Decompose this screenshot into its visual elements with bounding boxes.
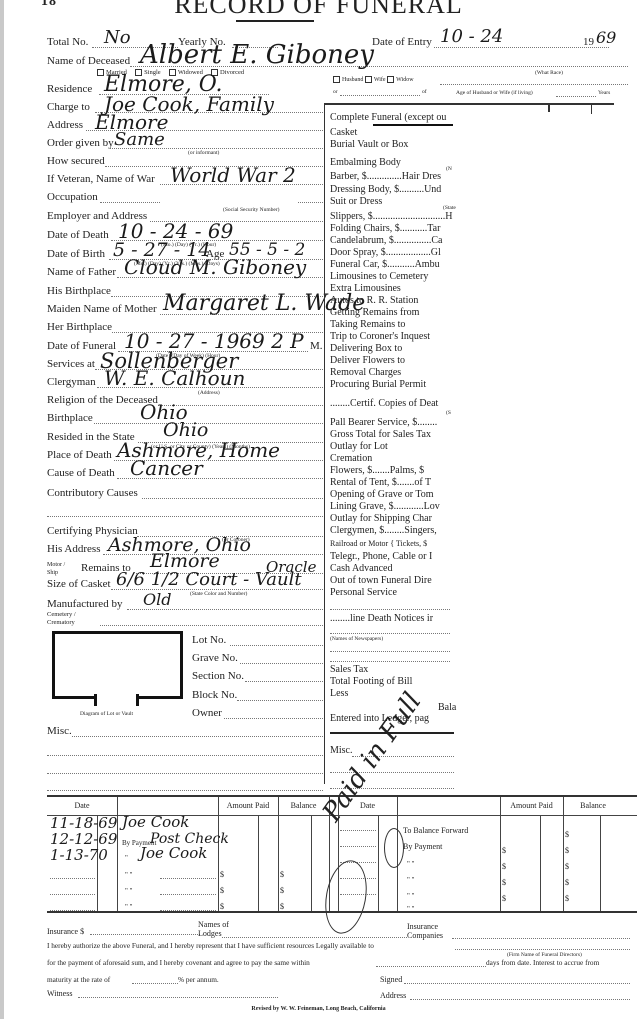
maturity-text: maturity at the rate of (47, 975, 110, 984)
footer-address-line[interactable] (410, 999, 630, 1000)
charge-item: Flowers, $.......Palms, $ (330, 465, 424, 477)
scan-edge (0, 0, 4, 1019)
field-line (298, 202, 323, 203)
ditto-mark: " " (125, 903, 132, 911)
charge-item: Rental of Tent, $.......of T (330, 477, 431, 489)
col-divider (563, 797, 564, 911)
field-line (222, 937, 407, 938)
address-label: Address (380, 991, 406, 1000)
charge-item: Embalming Body (330, 157, 401, 169)
charge-item: Limousines to Cemetery (330, 271, 428, 283)
clergyman-value[interactable]: W. E. Calhoun (104, 368, 245, 388)
charge-item: Barber, $..............Hair Dres (330, 171, 441, 183)
lot-diagram-gap (94, 694, 138, 702)
or-label: or (333, 89, 338, 96)
charge-item: Deliver Flowers to (330, 355, 405, 367)
col-divider (378, 815, 379, 911)
row-line (50, 894, 95, 895)
mother-maiden-name-label: Maiden Name of Mother (47, 303, 157, 316)
field-line (237, 700, 323, 701)
charge-item: Getting Remains from (330, 307, 419, 319)
field-line (47, 790, 323, 791)
field-line (127, 609, 323, 610)
date-of-funeral-value[interactable]: 10 - 27 - 1969 2 P (124, 331, 304, 351)
order-given-by-label: Order given by (47, 137, 114, 150)
row-line (160, 910, 216, 911)
left-amount-header: Amount Paid (218, 801, 278, 811)
balance-cell[interactable]: $ (280, 902, 284, 911)
section-no-label: Section No. (192, 670, 244, 683)
title-underline (236, 20, 314, 22)
sales-tax-label: Sales Tax (330, 664, 368, 676)
total-footing-label: Total Footing of Bill (330, 676, 412, 688)
firm-name-line (455, 949, 630, 950)
veteran-war-label: If Veteran, Name of War (47, 173, 155, 186)
col-divider (540, 815, 541, 911)
charge-item: Taking Remains to (330, 319, 405, 331)
balance-cell[interactable]: $ (565, 830, 569, 839)
field-line (240, 663, 323, 664)
ditto-mark: " " (407, 892, 414, 900)
charge-item: Extra Limousines (330, 283, 401, 295)
order-given-by-value[interactable]: Same (114, 131, 165, 149)
ditto-mark: " (125, 854, 128, 862)
veteran-war-value[interactable]: World War 2 (170, 165, 296, 185)
clergyman-address-sublabel: (Address) (198, 390, 220, 397)
balance-cell[interactable]: $ (280, 870, 284, 879)
col-divider (117, 797, 118, 911)
payment-date[interactable]: 1-13-70 (50, 848, 108, 863)
amount-paid-cell[interactable]: $ (502, 846, 506, 855)
residence-label: Residence (47, 83, 92, 96)
ditto-mark: " " (407, 860, 414, 868)
date-of-entry-value[interactable]: 10 - 24 (440, 28, 503, 46)
total-no-label: Total No. (47, 36, 88, 49)
manufactured-by-value[interactable]: Old (143, 592, 171, 608)
ditto-mark: " " (125, 871, 132, 879)
cause-of-death-value[interactable]: Cancer (130, 458, 203, 478)
days-line (376, 966, 486, 967)
how-secured-label: How secured (47, 155, 105, 168)
lot-diagram-post (94, 694, 97, 706)
charge-item: Autos to R. R. Station (330, 295, 418, 307)
misc-left-label: Misc. (47, 725, 72, 738)
amount-paid-cell[interactable]: $ (220, 902, 224, 911)
charge-item: Complete Funeral (except ou (330, 112, 446, 124)
spouse-options[interactable]: Husband Wife Widow (333, 76, 414, 85)
charge-item: Telegr., Phone, Cable or I (330, 551, 432, 563)
charge-item: Procuring Burial Permit (330, 379, 426, 391)
motor-ship-label: Motor / Ship (47, 561, 67, 577)
balance-cell[interactable]: $ (565, 846, 569, 855)
charge-item: ........line Death Notices ir (330, 613, 433, 625)
father-name-label: Name of Father (47, 266, 116, 279)
his-birthplace-label: His Birthplace (47, 285, 111, 298)
row-line (160, 878, 216, 879)
field-line (100, 202, 160, 203)
charge-item: Casket (330, 127, 357, 139)
field-line (72, 736, 323, 737)
field-line (142, 498, 323, 499)
signature-loop (320, 857, 372, 937)
meridiem-label: M. (310, 340, 323, 353)
charge-item: Removal Charges (330, 367, 401, 379)
charge-item: Burial Vault or Box (330, 139, 408, 151)
field-line (330, 651, 450, 652)
payment-desc[interactable]: Joe Cook (122, 815, 189, 830)
signed-label: Signed (380, 975, 402, 984)
age-spouse-line (556, 96, 596, 97)
checkbox-widow[interactable]: Widow (387, 77, 413, 83)
charge-item: Funeral Car, $...........Ambu (330, 259, 440, 271)
year-prefix: 19 (583, 36, 594, 49)
field-line (47, 773, 323, 774)
charge-item: Suit or Dress (330, 196, 382, 208)
field-line (230, 645, 323, 646)
rate-line (132, 983, 178, 984)
charge-item: Dressing Body, $..........Und (330, 184, 441, 196)
side-note: (N (446, 166, 452, 173)
cemetery-crematory-label: Cemetery / Crematory (47, 611, 77, 627)
date-of-death-label: Date of Death (47, 229, 109, 242)
col-divider (258, 815, 259, 911)
field-line (47, 755, 323, 756)
date-of-birth-label: Date of Birth (47, 248, 105, 261)
what-race-label: (What Race) (535, 70, 563, 77)
balance-cell[interactable]: $ (565, 894, 569, 903)
charge-item: Opening of Grave or Tom (330, 489, 434, 501)
field-line (245, 681, 323, 682)
clergyman-label: Clergyman (47, 376, 96, 389)
side-note: (S (446, 410, 451, 417)
charge-item: Clergymen, $........Singers, (330, 525, 437, 537)
charge-item: Trip to Coroner's Inquest (330, 331, 430, 343)
form-title: RECORD OF FUNERAL (0, 0, 637, 20)
field-line (90, 934, 200, 935)
ditto-mark: " " (407, 905, 414, 913)
by-payment-label: By Payment (403, 842, 442, 851)
his-address-label: His Address (47, 543, 100, 556)
signed-line[interactable] (404, 983, 630, 984)
field-line (330, 661, 450, 662)
of-label: of (422, 89, 427, 96)
col-divider (600, 815, 601, 911)
payment-desc[interactable]: Joe Cook (140, 846, 207, 861)
footer-credit: Revised by W. W. Feineman, Long Beach, C… (0, 1006, 637, 1013)
occupation-label: Occupation (47, 191, 98, 204)
charge-item: Delivering Box to (330, 343, 402, 355)
charge-item: Slippers, $.............................… (330, 211, 453, 223)
amount-paid-cell[interactable]: $ (502, 894, 506, 903)
balance-cell[interactable]: $ (280, 886, 284, 895)
checkbox-husband[interactable]: Husband (333, 77, 363, 83)
lodges-label-2: Lodges (198, 929, 222, 938)
days-text: days from date. Interest to accrue from (486, 958, 599, 967)
ditto-mark: " " (125, 887, 132, 895)
date-of-entry-label: Date of Entry (372, 36, 432, 49)
payment-date[interactable]: 11-18-69 (50, 816, 117, 831)
col-divider (311, 815, 312, 911)
lot-diagram-box (52, 631, 183, 699)
authorize-text: I hereby authorize the above Funeral, an… (47, 941, 374, 950)
misc-right-label: Misc. (330, 745, 353, 757)
contributory-causes-label: Contributory Causes (47, 487, 138, 500)
cause-of-death-label: Cause of Death (47, 467, 115, 480)
row-line (50, 910, 95, 911)
funeral-underline (373, 124, 453, 126)
year-suffix[interactable]: 69 (596, 30, 616, 46)
row-line (340, 846, 376, 847)
row-line (160, 894, 216, 895)
age-spouse-label: Age of Husband or Wife (if living) (456, 90, 533, 97)
witness-label: Witness (47, 989, 72, 998)
field-line (47, 516, 323, 517)
charge-item: Pall Bearer Service, $........ (330, 417, 437, 429)
birthplace-label: Birthplace (47, 412, 93, 425)
newspapers-label: (Names of Newspapers) (330, 636, 383, 643)
grave-no-label: Grave No. (192, 652, 238, 665)
block-no-label: Block No. (192, 689, 237, 702)
less-label: Less (330, 688, 348, 700)
charge-item: Door Spray, $..................Gl (330, 247, 441, 259)
date-of-death-value[interactable]: 10 - 24 - 69 (118, 221, 233, 241)
or-line (340, 95, 420, 96)
covenant-text: for the payment of aforesaid sum, and I … (47, 958, 310, 967)
scan-mark (591, 104, 592, 114)
row-line (340, 830, 376, 831)
row-line (50, 878, 95, 879)
lot-diagram-post (136, 694, 139, 706)
amount-paid-cell[interactable]: $ (502, 878, 506, 887)
insurance-label: Insurance $ (47, 927, 84, 936)
charge-item: Gross Total for Sales Tax (330, 429, 431, 441)
casket-color-sublabel: (State Color and Number) (190, 591, 247, 598)
ins-companies-label: Insurance (407, 922, 438, 931)
checkbox-wife[interactable]: Wife (365, 77, 386, 83)
right-balance-header: Balance (563, 801, 623, 811)
casket-size-value[interactable]: 6/6 1/2 Court - Vault (116, 571, 302, 589)
field-line (452, 938, 630, 939)
witness-line[interactable] (78, 997, 278, 998)
services-at-label: Services at (47, 358, 95, 371)
scan-mark (548, 104, 550, 112)
col-divider (218, 797, 219, 911)
field-line (330, 633, 450, 634)
charge-item: Personal Service (330, 587, 397, 599)
owner-label: Owner (192, 707, 222, 720)
amount-paid-cell[interactable]: $ (502, 862, 506, 871)
charge-to-label: Charge to (47, 101, 90, 114)
balance-label: Bala (438, 702, 456, 714)
charge-item: Lining Grave, $............Lov (330, 501, 440, 513)
informant-sublabel: (or informant) (188, 150, 219, 157)
charge-item: Outlay for Shipping Char (330, 513, 432, 525)
total-no-value[interactable]: No (104, 29, 131, 47)
years-label: Years (598, 90, 610, 97)
field-line (100, 625, 323, 626)
lot-no-label: Lot No. (192, 634, 226, 647)
signature-loop (384, 828, 404, 868)
col-divider (278, 797, 279, 911)
charge-item: Out of town Funeral Dire (330, 575, 432, 587)
ditto-mark: " " (407, 876, 414, 884)
casket-size-label: Size of Casket (47, 578, 111, 591)
race-line (440, 84, 628, 85)
charge-item: Candelabrum, $...............Ca (330, 235, 442, 247)
ins-companies-label-2: Companies (407, 931, 443, 940)
payment-date[interactable]: 12-12-69 (50, 832, 117, 847)
amount-paid-cell[interactable]: $ (220, 886, 224, 895)
charge-item: Folding Chairs, $...........Tar (330, 223, 440, 235)
charge-item: Railroad or Motor { Tickets, $ (330, 538, 427, 550)
field-line (330, 609, 450, 610)
field-line (94, 423, 323, 424)
address-label: Address (47, 119, 83, 132)
balance-cell[interactable]: $ (565, 862, 569, 871)
percent-text: % per annum. (178, 975, 219, 984)
charge-item: Cremation (330, 453, 372, 465)
charge-item: Cash Advanced (330, 563, 393, 575)
col-divider (500, 797, 501, 911)
charge-item: Outlay for Lot (330, 441, 388, 453)
manufactured-by-label: Manufactured by (47, 598, 122, 611)
her-birthplace-label: Her Birthplace (47, 321, 112, 334)
lot-diagram-label: Diagram of Lot or Vault (80, 711, 133, 718)
right-amount-header: Amount Paid (500, 801, 563, 811)
place-of-death-label: Place of Death (47, 449, 112, 462)
name-of-deceased-value[interactable]: Albert E. Giboney (140, 42, 374, 68)
field-line (224, 718, 323, 719)
name-of-deceased-label: Name of Deceased (47, 55, 130, 68)
lodges-label: Names of (198, 920, 229, 929)
balance-cell[interactable]: $ (565, 878, 569, 887)
father-name-value[interactable]: Cloud M. Giboney (124, 257, 306, 277)
left-date-header: Date (47, 801, 117, 811)
ssn-sublabel: (Social Security Number) (223, 207, 280, 214)
charge-item: ........Certif. Copies of Deat (330, 398, 438, 410)
amount-paid-cell[interactable]: $ (220, 870, 224, 879)
balance-forward-label: To Balance Forward (403, 826, 468, 835)
